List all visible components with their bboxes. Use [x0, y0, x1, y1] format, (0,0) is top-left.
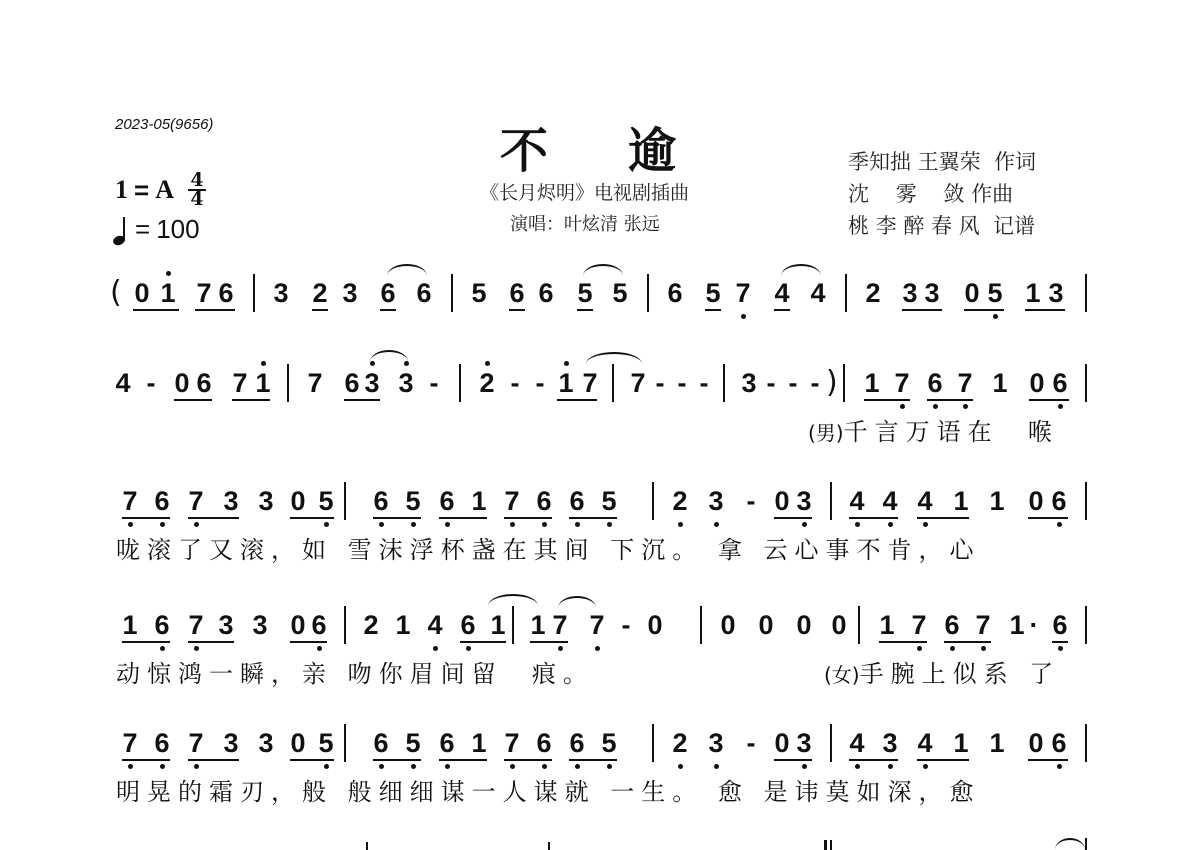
note: 6 [567, 486, 587, 516]
barline [845, 274, 847, 312]
underline [174, 399, 212, 401]
barline [1085, 364, 1087, 402]
note: 4 [847, 486, 867, 516]
note: 4 [915, 486, 935, 516]
note: 7 [550, 610, 570, 640]
song-subtitle: 《长月烬明》电视剧插曲 [480, 178, 689, 205]
note: 5 [316, 728, 336, 758]
note: 3 [880, 728, 900, 758]
underline [460, 641, 506, 643]
barline [700, 606, 702, 644]
note: 4 [847, 728, 867, 758]
note: 3 [362, 368, 382, 398]
note: 6 [567, 728, 587, 758]
tempo-marking: = 100 [113, 214, 200, 245]
lyrics-line-3: 咙滚了又滚，如 雪沫浮杯盏在其间 下沉。 拿 云心事不肯，心 [116, 530, 981, 565]
slur [586, 352, 642, 364]
barline [1085, 482, 1087, 520]
time-top: 4 [190, 172, 203, 189]
note: 1 [528, 610, 548, 640]
note: 7 [305, 368, 325, 398]
dash: - [616, 610, 636, 640]
note: 3 [221, 728, 241, 758]
underline [1028, 759, 1068, 761]
note: 7 [628, 368, 648, 398]
note: 5 [703, 278, 723, 308]
underline [122, 641, 170, 643]
note: 3 [922, 278, 942, 308]
underline [1025, 309, 1065, 311]
score-line-1: ( 0 1 7 6 3 2 3 6 6 5 6 6 5 5 6 5 7 4 4 … [0, 278, 1200, 338]
note: 3 [900, 278, 920, 308]
underline [917, 517, 969, 519]
dash: - [694, 368, 714, 398]
underline [1029, 399, 1069, 401]
underline [509, 309, 525, 311]
note: 5 [610, 278, 630, 308]
tempo-equals: = [135, 214, 150, 245]
note: 1 [469, 728, 489, 758]
note: 1 [862, 368, 882, 398]
note: 3 [256, 486, 276, 516]
underline [569, 517, 617, 519]
note: 0 [132, 278, 152, 308]
note: 3 [706, 486, 726, 516]
underline [232, 399, 270, 401]
lyrics-line-4b: (女)手腕上似系 了 [824, 654, 1060, 689]
barline [451, 274, 453, 312]
note: 3 [250, 610, 270, 640]
close-paren: ) [826, 368, 838, 398]
underline [195, 309, 235, 311]
underline [504, 759, 552, 761]
note: 1 [877, 610, 897, 640]
slur [387, 264, 427, 276]
note: 7 [502, 728, 522, 758]
underline [557, 399, 597, 401]
underline [864, 399, 910, 401]
note: 5 [316, 486, 336, 516]
note: 5 [403, 728, 423, 758]
note: 1 [488, 610, 508, 640]
underline [373, 759, 421, 761]
note: 6 [152, 610, 172, 640]
score-code: 2023-05(9656) [115, 116, 213, 133]
note: 6 [942, 610, 962, 640]
barline [830, 724, 832, 762]
note: 6 [1049, 486, 1069, 516]
barline [287, 364, 289, 402]
underline [902, 309, 942, 311]
note: 5 [403, 486, 423, 516]
time-signature: 4 4 [188, 172, 206, 208]
note: 7 [230, 368, 250, 398]
barline [253, 274, 255, 312]
note: 6 [458, 610, 478, 640]
underline [344, 399, 380, 401]
underline [439, 517, 487, 519]
time-bottom: 4 [190, 191, 203, 208]
dash: - [505, 368, 525, 398]
underline [373, 517, 421, 519]
underline [964, 309, 1004, 311]
barline [647, 274, 649, 312]
note: 3 [794, 728, 814, 758]
note: 0 [794, 610, 814, 640]
dash: - [424, 368, 444, 398]
underline [1028, 517, 1068, 519]
note: 6 [194, 368, 214, 398]
note: 3 [706, 728, 726, 758]
note: 2 [310, 278, 330, 308]
underline [504, 517, 552, 519]
note: 1 [990, 368, 1010, 398]
note: 4 [425, 610, 445, 640]
note: 3 [271, 278, 291, 308]
underline [1052, 641, 1068, 643]
note: 7 [955, 368, 975, 398]
note: 0 [772, 486, 792, 516]
barline [1085, 274, 1087, 312]
note: 7 [909, 610, 929, 640]
dash: - [672, 368, 692, 398]
note: 3 [216, 610, 236, 640]
slur [1055, 838, 1085, 850]
note: 6 [342, 368, 362, 398]
note: 1 [987, 728, 1007, 758]
note: 6 [437, 486, 457, 516]
note: 1 [1023, 278, 1043, 308]
tempo-value: 100 [156, 214, 199, 245]
note: 0 [1026, 486, 1046, 516]
underline [122, 759, 170, 761]
underline [774, 759, 812, 761]
note: 0 [288, 610, 308, 640]
note: 4 [880, 486, 900, 516]
note: 3 [1046, 278, 1066, 308]
note: 0 [288, 486, 308, 516]
underline [944, 641, 991, 643]
dash: - [805, 368, 825, 398]
dash: - [530, 368, 550, 398]
underline [380, 309, 396, 311]
note: 6 [437, 728, 457, 758]
underline [290, 759, 334, 761]
note: 6 [1050, 368, 1070, 398]
dash: - [741, 486, 761, 516]
note: 0 [772, 728, 792, 758]
underline [188, 641, 234, 643]
score-line-4: 1 6 7 3 3 0 6 2 1 4 6 1 1 7 7 - 0 0 0 0 … [0, 610, 1200, 670]
underline [774, 309, 790, 311]
note: 1 [951, 728, 971, 758]
note: 6 [1050, 610, 1070, 640]
note: 0 [1027, 368, 1047, 398]
note: 7 [587, 610, 607, 640]
note: 4 [113, 368, 133, 398]
note: 2 [477, 368, 497, 398]
credit-transcriber: 桃 李 醉 春 风 记谱 [848, 210, 1036, 242]
note: 6 [536, 278, 556, 308]
key-label: 1 [115, 175, 128, 205]
note: 7 [580, 368, 600, 398]
underline [122, 517, 170, 519]
dot: · [1024, 610, 1044, 640]
note: 5 [599, 728, 619, 758]
note: 1 [253, 368, 273, 398]
note: 6 [414, 278, 434, 308]
note: 4 [772, 278, 792, 308]
note: 5 [469, 278, 489, 308]
dash: - [783, 368, 803, 398]
underline [530, 641, 568, 643]
note: 7 [186, 610, 206, 640]
underline [849, 517, 898, 519]
note: 1 [987, 486, 1007, 516]
lyrics-line-4a: 动惊鸿一瞬，亲 吻你眉间留 痕。 [116, 654, 594, 689]
note: 6 [507, 278, 527, 308]
note: 5 [599, 486, 619, 516]
dash: - [650, 368, 670, 398]
underline [917, 759, 969, 761]
note: 5 [985, 278, 1005, 308]
slur [488, 594, 538, 606]
note: 7 [973, 610, 993, 640]
note: 2 [670, 728, 690, 758]
key-equals: = [134, 175, 149, 206]
underline [188, 517, 239, 519]
note: 4 [808, 278, 828, 308]
slur [781, 264, 821, 276]
note: 6 [309, 610, 329, 640]
note: 0 [172, 368, 192, 398]
barline [1085, 838, 1087, 850]
note: 6 [925, 368, 945, 398]
underline [879, 641, 927, 643]
note: 0 [645, 610, 665, 640]
note: 1 [556, 368, 576, 398]
note: 7 [186, 728, 206, 758]
underline [439, 759, 487, 761]
note: 6 [534, 486, 554, 516]
note: 1 [469, 486, 489, 516]
note: 7 [186, 486, 206, 516]
note: 7 [892, 368, 912, 398]
note: 6 [371, 486, 391, 516]
note: 1 [120, 610, 140, 640]
barline [843, 364, 845, 402]
note: 2 [863, 278, 883, 308]
barline [830, 482, 832, 520]
note: 6 [152, 728, 172, 758]
note: 0 [962, 278, 982, 308]
note: 6 [152, 486, 172, 516]
credit-composer: 沈 雾 敛 作曲 [848, 178, 1036, 210]
note: 6 [378, 278, 398, 308]
note: 6 [534, 728, 554, 758]
dash: - [141, 368, 161, 398]
credits: 季知拙 王翼荣 作词 沈 雾 敛 作曲 桃 李 醉 春 风 记谱 [848, 146, 1036, 242]
underline [188, 759, 239, 761]
underline [312, 309, 328, 311]
underline [133, 309, 179, 311]
note: 0 [288, 728, 308, 758]
note: 7 [733, 278, 753, 308]
note: 1 [951, 486, 971, 516]
barline [1085, 606, 1087, 644]
note: 3 [794, 486, 814, 516]
slur [583, 264, 623, 276]
score-line-5: 7 6 7 3 3 0 5 6 5 6 1 7 6 6 5 2 3 - 0 3 … [0, 728, 1200, 788]
note: 7 [120, 728, 140, 758]
dash: - [761, 368, 781, 398]
note: 7 [502, 486, 522, 516]
underline [290, 641, 327, 643]
barline [652, 724, 654, 762]
note: 6 [1049, 728, 1069, 758]
note: 2 [670, 486, 690, 516]
note: 3 [221, 486, 241, 516]
lyrics-line-5: 明晃的霜刃，般 般细细谋一人谋就 一生。 愈 是讳莫如深，愈 [116, 772, 981, 807]
note: 1 [393, 610, 413, 640]
underline [849, 759, 898, 761]
barline [858, 606, 860, 644]
underline [577, 309, 593, 311]
note: 0 [756, 610, 776, 640]
underline [290, 517, 334, 519]
key-name: A [155, 175, 174, 205]
note: 1 [158, 278, 178, 308]
barline [344, 482, 346, 520]
note: 3 [340, 278, 360, 308]
barline [652, 482, 654, 520]
slur [370, 350, 408, 362]
barline [548, 842, 550, 850]
slur [558, 596, 596, 608]
score-line-2: 4 - 0 6 7 1 7 6 3 3 - 2 - - 1 7 7 - - - … [0, 368, 1200, 428]
note: 6 [216, 278, 236, 308]
barline [366, 842, 368, 850]
note: 7 [194, 278, 214, 308]
note: 2 [361, 610, 381, 640]
note: 3 [739, 368, 759, 398]
song-singer: 演唱：叶炫清 张远 [510, 210, 660, 236]
barline [512, 606, 514, 644]
underline [569, 759, 617, 761]
open-paren: ( [110, 278, 122, 308]
quarter-note-icon [113, 217, 129, 245]
barline [344, 606, 346, 644]
note: 4 [915, 728, 935, 758]
barline [344, 724, 346, 762]
note: 0 [718, 610, 738, 640]
barline [830, 840, 832, 850]
note: 3 [396, 368, 416, 398]
note: 3 [256, 728, 276, 758]
song-title: 不逾 [500, 112, 756, 181]
barline [723, 364, 725, 402]
barline [1085, 724, 1087, 762]
credit-lyricist: 季知拙 王翼荣 作词 [848, 146, 1036, 178]
underline [927, 399, 973, 401]
score-line-3: 7 6 7 3 3 0 5 6 5 6 1 7 6 6 5 2 3 - 0 3 … [0, 486, 1200, 546]
key-signature: 1 = A 4 4 [115, 172, 206, 208]
barline [824, 840, 827, 850]
note: 0 [1026, 728, 1046, 758]
barline [612, 364, 614, 402]
note: 6 [371, 728, 391, 758]
dash: - [741, 728, 761, 758]
note: 5 [575, 278, 595, 308]
lyrics-line-2: (男)千言万语在 喉 [808, 412, 1059, 447]
note: 7 [120, 486, 140, 516]
note: 6 [665, 278, 685, 308]
barline [459, 364, 461, 402]
underline [705, 309, 721, 311]
note: 0 [829, 610, 849, 640]
underline [774, 517, 812, 519]
